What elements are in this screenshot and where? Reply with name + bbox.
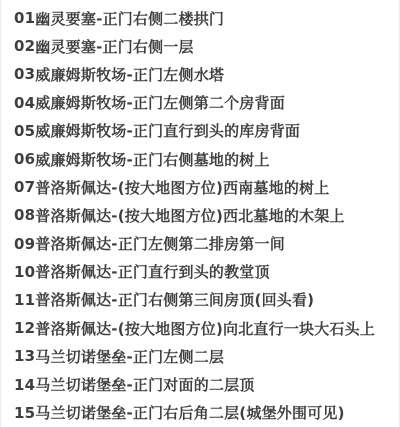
list-item: 09普洛斯佩达-正门左侧第二排房第一间 xyxy=(14,230,399,258)
item-text: 普洛斯佩达-正门直行到头的教堂顶 xyxy=(35,261,269,282)
list-item: 03威廉姆斯牧场-正门左侧水塔 xyxy=(14,60,399,88)
item-text: 普洛斯佩达-(按大地图方位)西南墓地的树上 xyxy=(35,177,329,198)
list-item: 02幽灵要塞-正门右侧一层 xyxy=(14,32,399,60)
item-number: 03 xyxy=(14,65,35,83)
item-text: 幽灵要塞-正门右侧二楼拱门 xyxy=(35,8,224,29)
item-text: 普洛斯佩达-(按大地图方位)西北墓地的木架上 xyxy=(35,205,344,226)
item-text: 威廉姆斯牧场-正门左侧水塔 xyxy=(35,64,224,85)
viewpoint-list: 01幽灵要塞-正门右侧二楼拱门 02幽灵要塞-正门右侧一层 03威廉姆斯牧场-正… xyxy=(14,4,399,427)
list-item: 12普洛斯佩达-(按大地图方位)向北直行一块大石头上 xyxy=(14,314,399,342)
item-number: 06 xyxy=(14,150,35,168)
item-text: 威廉姆斯牧场-正门右侧墓地的树上 xyxy=(35,149,269,170)
item-text: 普洛斯佩达-正门右侧第三间房顶(回头看) xyxy=(35,289,314,310)
item-number: 08 xyxy=(14,206,35,224)
item-text: 普洛斯佩达-正门左侧第二排房第一间 xyxy=(35,233,285,254)
item-number: 05 xyxy=(14,122,35,140)
list-item: 11普洛斯佩达-正门右侧第三间房顶(回头看) xyxy=(14,286,399,314)
list-item: 10普洛斯佩达-正门直行到头的教堂顶 xyxy=(14,258,399,286)
item-text: 普洛斯佩达-(按大地图方位)向北直行一块大石头上 xyxy=(35,318,375,339)
list-item: 05威廉姆斯牧场-正门直行到头的库房背面 xyxy=(14,117,399,145)
list-item: 06威廉姆斯牧场-正门右侧墓地的树上 xyxy=(14,145,399,173)
item-number: 01 xyxy=(14,9,35,27)
list-item: 04威廉姆斯牧场-正门左侧第二个房背面 xyxy=(14,89,399,117)
item-number: 02 xyxy=(14,37,35,55)
item-text: 威廉姆斯牧场-正门左侧第二个房背面 xyxy=(35,92,285,113)
item-number: 15 xyxy=(14,404,35,422)
list-item: 07普洛斯佩达-(按大地图方位)西南墓地的树上 xyxy=(14,173,399,201)
list-item: 14马兰切诺堡垒-正门对面的二层顶 xyxy=(14,370,399,398)
item-text: 幽灵要塞-正门右侧一层 xyxy=(35,36,193,57)
item-text: 马兰切诺堡垒-正门右后角二层(城堡外围可见) xyxy=(35,402,344,423)
list-item: 13马兰切诺堡垒-正门左侧二层 xyxy=(14,342,399,370)
list-item: 15马兰切诺堡垒-正门右后角二层(城堡外围可见) xyxy=(14,399,399,427)
item-number: 10 xyxy=(14,263,35,281)
item-number: 13 xyxy=(14,347,35,365)
item-number: 12 xyxy=(14,319,35,337)
item-text: 威廉姆斯牧场-正门直行到头的库房背面 xyxy=(35,120,300,141)
item-text: 马兰切诺堡垒-正门对面的二层顶 xyxy=(35,374,254,395)
item-text: 马兰切诺堡垒-正门左侧二层 xyxy=(35,346,224,367)
viewpoint-list-page: 01幽灵要塞-正门右侧二楼拱门 02幽灵要塞-正门右侧一层 03威廉姆斯牧场-正… xyxy=(0,0,400,427)
list-item: 01幽灵要塞-正门右侧二楼拱门 xyxy=(14,4,399,32)
item-number: 11 xyxy=(14,291,35,309)
item-number: 04 xyxy=(14,94,35,112)
item-number: 07 xyxy=(14,178,35,196)
list-item: 08普洛斯佩达-(按大地图方位)西北墓地的木架上 xyxy=(14,201,399,229)
item-number: 14 xyxy=(14,376,35,394)
item-number: 09 xyxy=(14,235,35,253)
